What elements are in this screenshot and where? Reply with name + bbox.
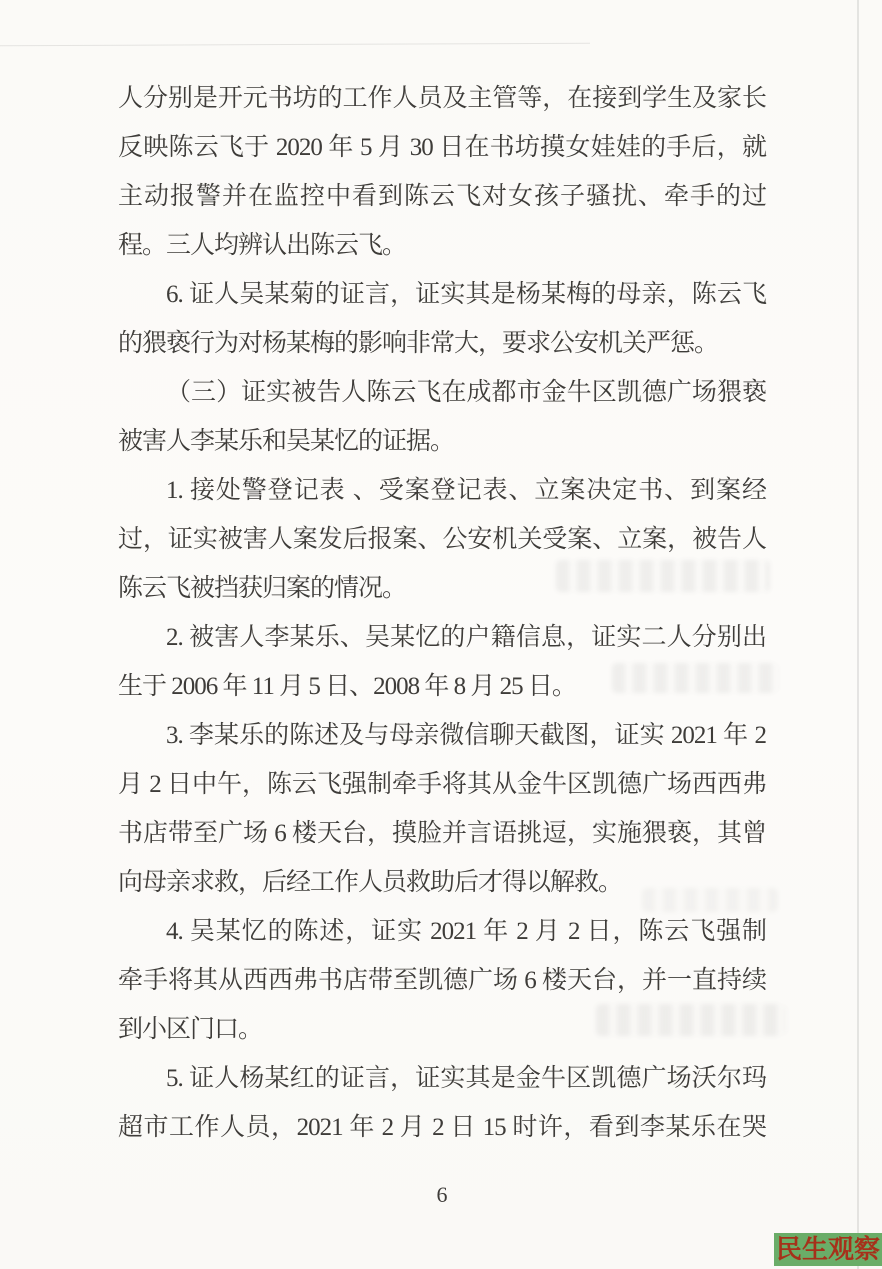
text-line: 月 2 日中午，陈云飞强制牵手将其从金牛区凯德广场西西弗 — [118, 760, 766, 809]
text-line: 向母亲求救，后经工作人员救助后才得以解救。 — [118, 858, 766, 907]
text-line: 生于 2006 年 11 月 5 日、2008 年 8 月 25 日。 — [118, 662, 766, 711]
document-body: 人分别是开元书坊的工作人员及主管等，在接到学生及家长反映陈云飞于 2020 年 … — [118, 74, 766, 1152]
scan-artifact-top-line — [0, 43, 590, 47]
text-line: 3. 李某乐的陈述及与母亲微信聊天截图，证实 2021 年 2 — [118, 711, 766, 760]
text-line: 超市工作人员，2021 年 2 月 2 日 15 时许，看到李某乐在哭 — [118, 1103, 766, 1152]
document-page: 人分别是开元书坊的工作人员及主管等，在接到学生及家长反映陈云飞于 2020 年 … — [0, 0, 882, 1269]
text-line: 6. 证人吴某菊的证言，证实其是杨某梅的母亲，陈云飞 — [118, 270, 766, 319]
text-line: 主动报警并在监控中看到陈云飞对女孩子骚扰、牵手的过 — [118, 172, 766, 221]
text-line: （三）证实被告人陈云飞在成都市金牛区凯德广场猥亵 — [118, 368, 766, 417]
text-line: 程。三人均辨认出陈云飞。 — [118, 221, 766, 270]
scan-artifact-vertical-line — [857, 0, 859, 1269]
watermark-badge: 民生观察 — [774, 1233, 882, 1266]
text-line: 反映陈云飞于 2020 年 5 月 30 日在书坊摸女娃娃的手后，就 — [118, 123, 766, 172]
text-line: 2. 被害人李某乐、吴某忆的户籍信息，证实二人分别出 — [118, 613, 766, 662]
text-line: 4. 吴某忆的陈述，证实 2021 年 2 月 2 日，陈云飞强制 — [118, 907, 766, 956]
text-line: 书店带至广场 6 楼天台，摸脸并言语挑逗，实施猥亵，其曾 — [118, 809, 766, 858]
text-line: 陈云飞被挡获归案的情况。 — [118, 564, 766, 613]
text-line: 到小区门口。 — [118, 1005, 766, 1054]
text-line: 被害人李某乐和吴某忆的证据。 — [118, 417, 766, 466]
text-line: 牵手将其从西西弗书店带至凯德广场 6 楼天台，并一直持续 — [118, 956, 766, 1005]
text-line: 1. 接处警登记表 、受案登记表、立案决定书、到案经 — [118, 466, 766, 515]
text-line: 过，证实被害人案发后报案、公安机关受案、立案，被告人 — [118, 515, 766, 564]
text-line: 人分别是开元书坊的工作人员及主管等，在接到学生及家长 — [118, 74, 766, 123]
text-line: 的猥亵行为对杨某梅的影响非常大，要求公安机关严惩。 — [118, 319, 766, 368]
page-number: 6 — [118, 1182, 766, 1208]
text-line: 5. 证人杨某红的证言，证实其是金牛区凯德广场沃尔玛 — [118, 1054, 766, 1103]
watermark-text: 民生观察 — [776, 1233, 880, 1266]
